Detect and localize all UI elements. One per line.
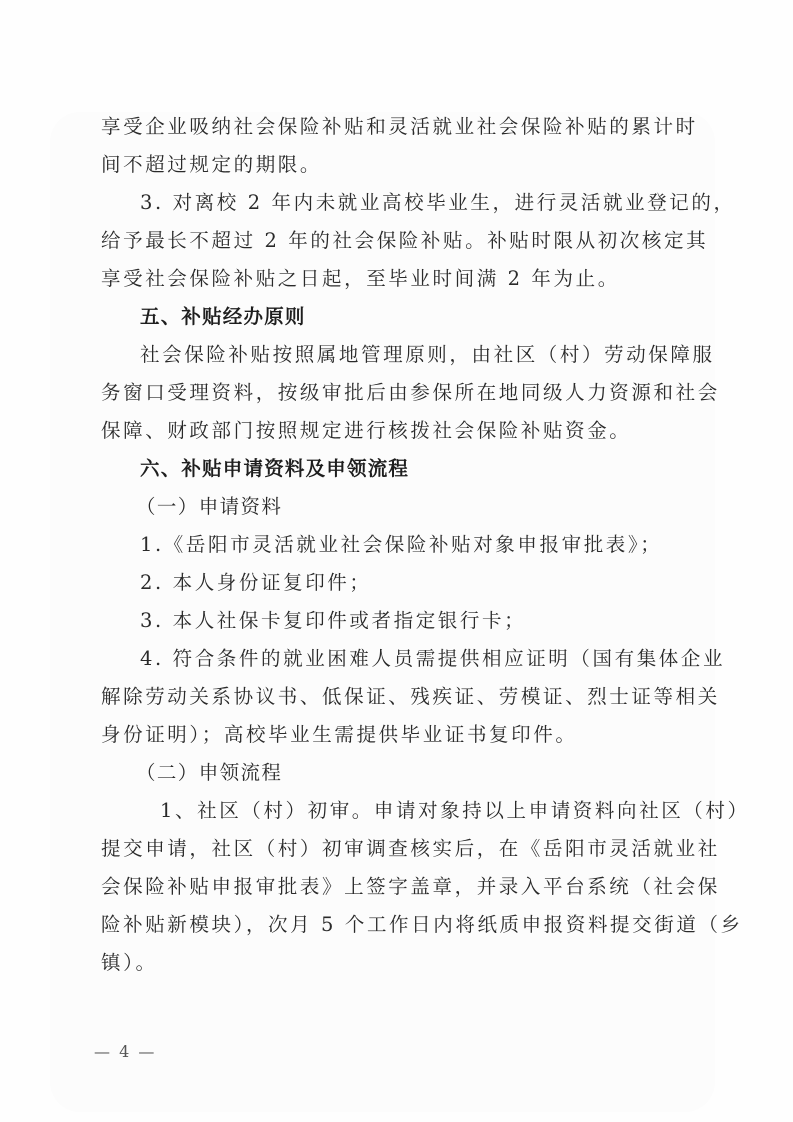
paragraph-line: 务窗口受理资料，按级审批后由参保所在地同级人力资源和社会 (101, 381, 693, 405)
list-item-2: 2. 本人身份证复印件； (140, 571, 693, 595)
list-item-4-continuation: 身份证明）；高校毕业生需提供毕业证书复印件。 (101, 723, 693, 747)
subsection-heading-1: （一）申请资料 (136, 495, 728, 519)
document-page: 享受企业吸纳社会保险补贴和灵活就业社会保险补贴的累计时 间不超过规定的期限。 3… (0, 0, 793, 1122)
item-3-graduates-line: 3. 对离校 2 年内未就业高校毕业生，进行灵活就业登记的， (140, 191, 693, 215)
process-step-1-continuation: 提交申请，社区（村）初审调查核实后，在《岳阳市灵活就业社 (101, 837, 693, 861)
section-heading-6: 六、补贴申请资料及申领流程 (140, 457, 693, 481)
section-heading-5: 五、补贴经办原则 (140, 305, 693, 329)
paragraph-line: 给予最长不超过 2 年的社会保险补贴。补贴时限从初次核定其 (101, 229, 693, 253)
list-item-3: 3. 本人社保卡复印件或者指定银行卡； (140, 609, 693, 633)
paragraph-line: 保障、财政部门按照规定进行核拨社会保险补贴资金。 (101, 419, 693, 443)
subsection-heading-2: （二）申领流程 (136, 761, 728, 785)
process-step-1: 1、社区（村）初审。申请对象持以上申请资料向社区（村） (160, 799, 693, 823)
process-step-1-continuation: 险补贴新模块），次月 5 个工作日内将纸质申报资料提交街道（乡 (101, 913, 693, 937)
list-item-4-continuation: 解除劳动关系协议书、低保证、残疾证、劳模证、烈士证等相关 (101, 685, 693, 709)
paragraph-line-continuation: 享受企业吸纳社会保险补贴和灵活就业社会保险补贴的累计时 (101, 115, 693, 139)
list-item-1: 1.《岳阳市灵活就业社会保险补贴对象申报审批表》； (140, 533, 693, 557)
process-step-1-continuation: 会保险补贴申报审批表》上签字盖章，并录入平台系统（社会保 (101, 875, 693, 899)
paragraph-line-continuation: 间不超过规定的期限。 (101, 153, 693, 177)
paragraph-line: 享受社会保险补贴之日起，至毕业时间满 2 年为止。 (101, 267, 693, 291)
list-item-4: 4. 符合条件的就业困难人员需提供相应证明（国有集体企业 (140, 647, 693, 671)
paragraph-line: 社会保险补贴按照属地管理原则，由社区（村）劳动保障服 (140, 343, 693, 367)
page-number: — 4 — (94, 1042, 156, 1061)
process-step-1-continuation: 镇）。 (101, 951, 693, 975)
